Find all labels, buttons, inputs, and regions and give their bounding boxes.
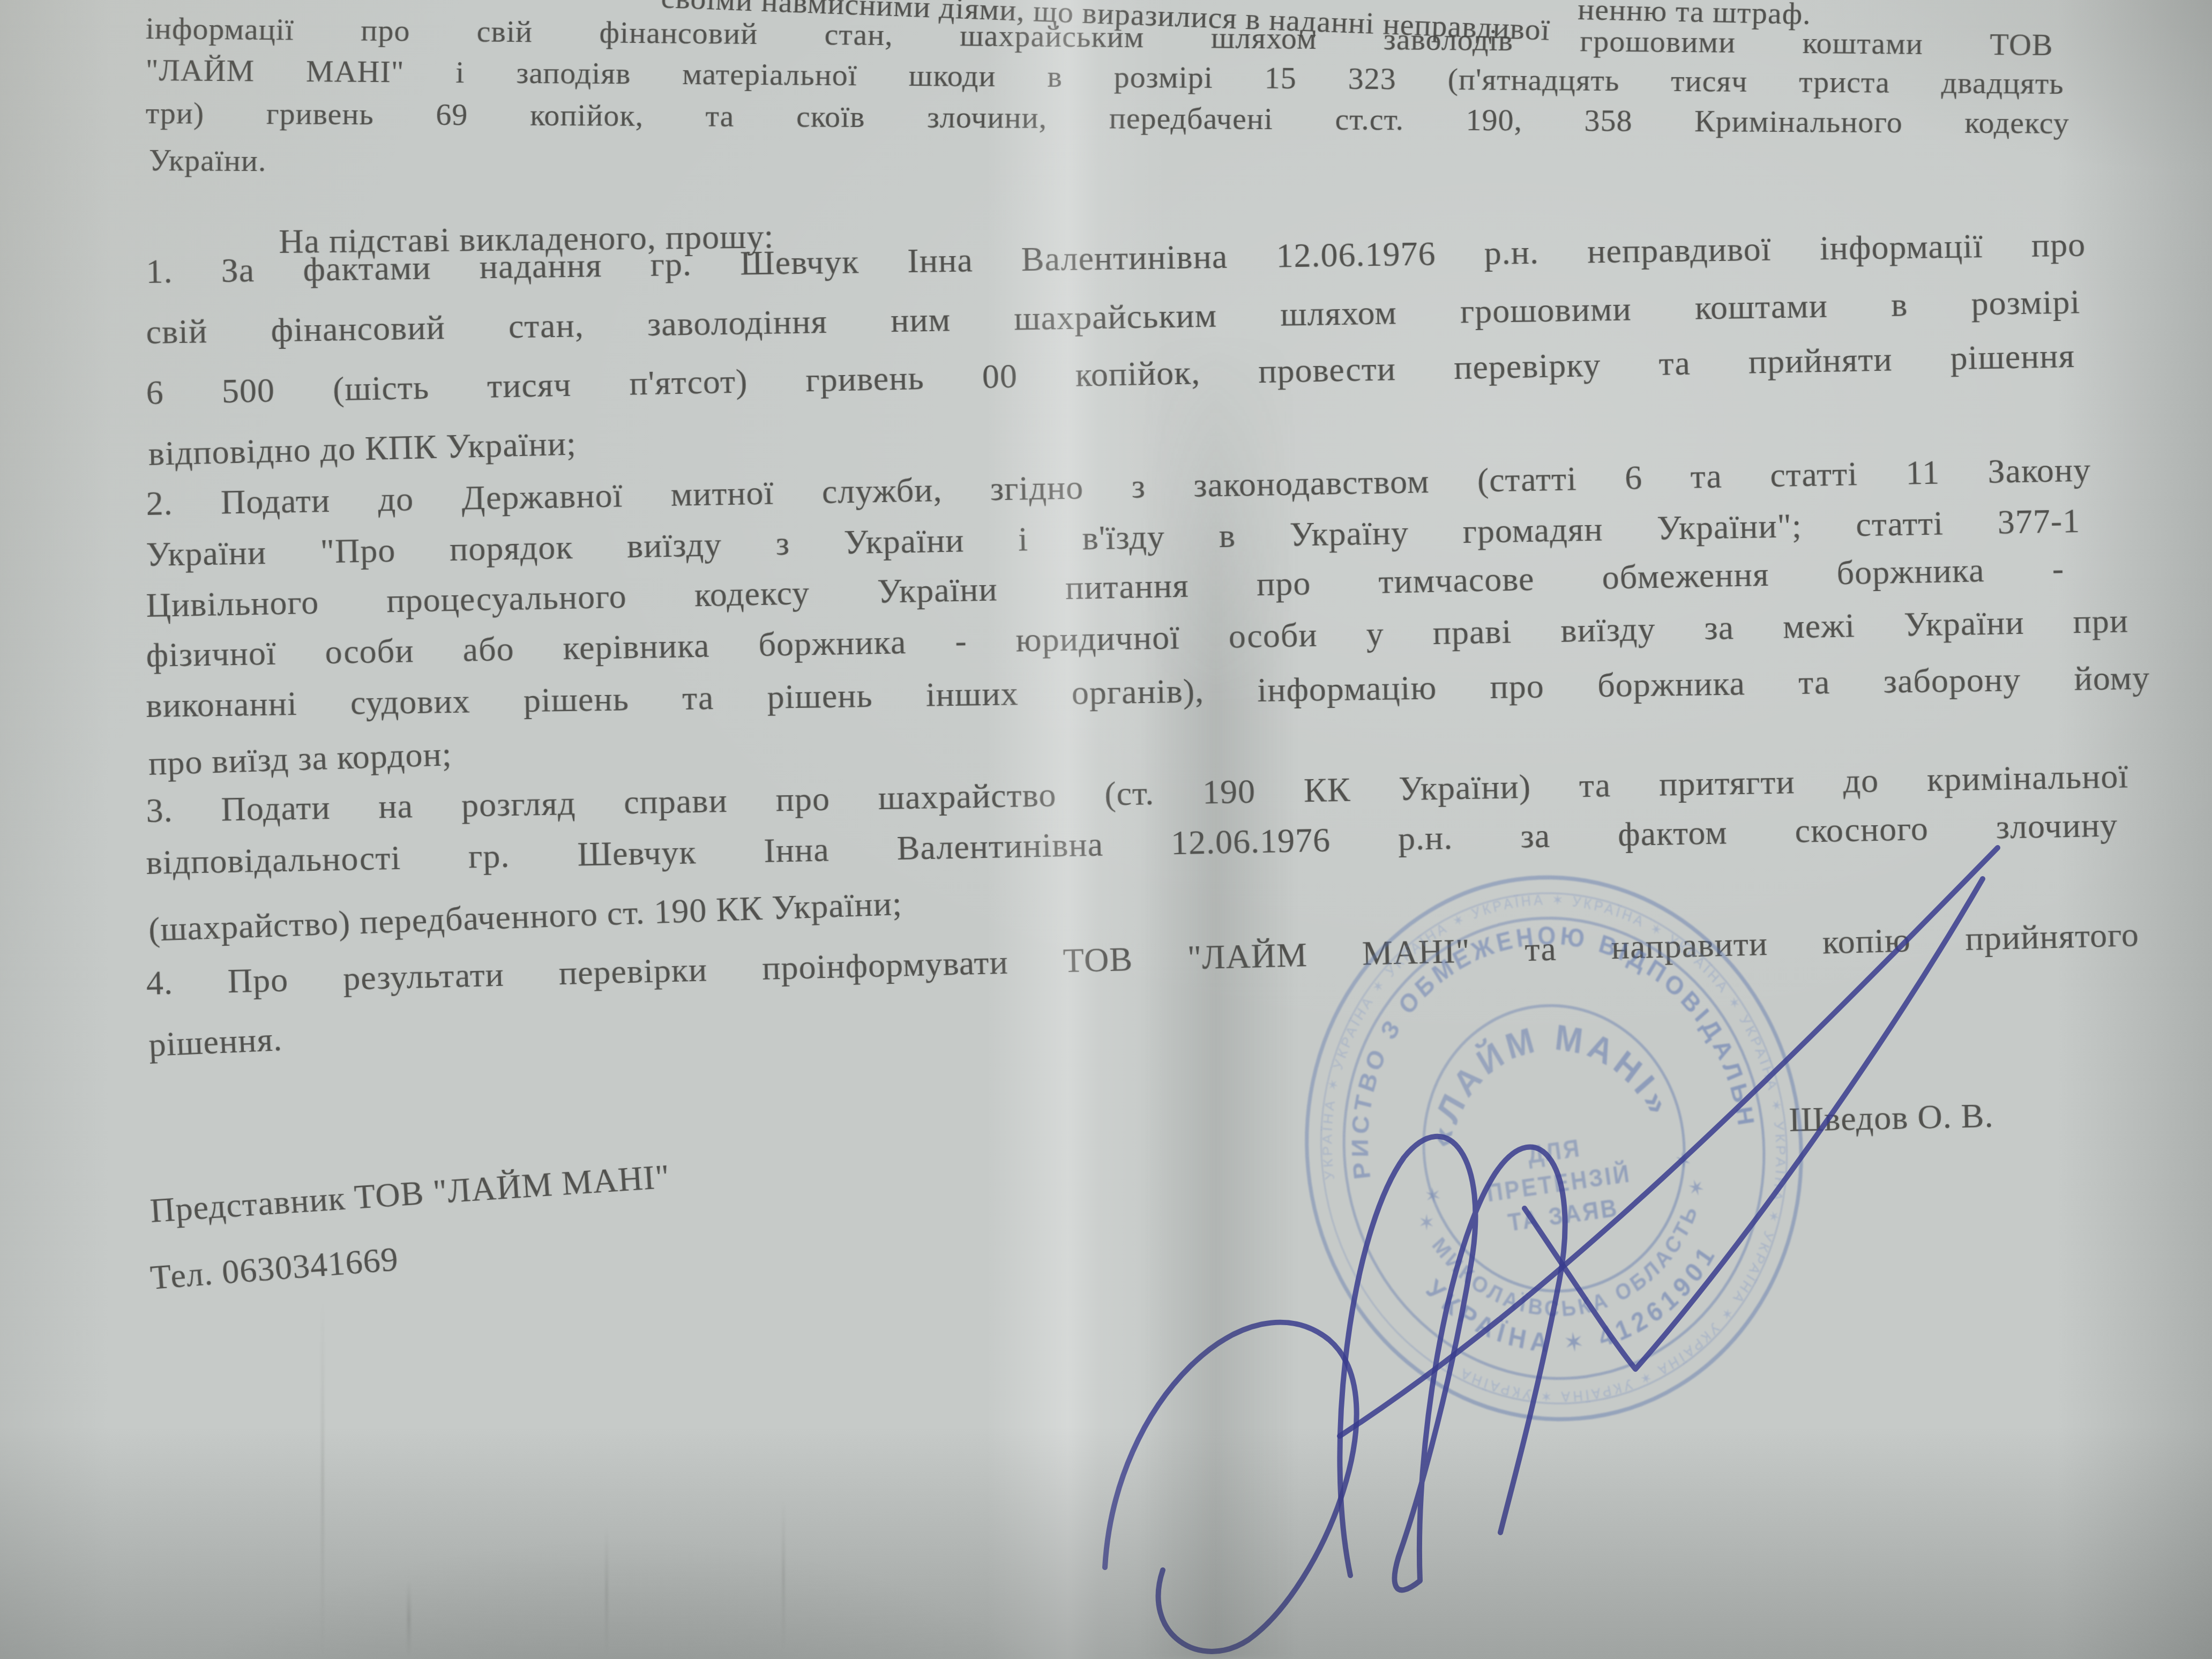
doc-line-21: рішення. <box>148 1020 283 1063</box>
doc-line-4: три) гривень 69 копійок, та скоїв злочин… <box>146 96 2069 140</box>
doc-line-10: відповідно до КПК України; <box>148 424 577 472</box>
stamp-company-name-arc: «ЛАЙМ МАНІ» <box>1408 1000 1681 1156</box>
document-photo: ненню та штраф. своїми навмисними діями,… <box>0 0 2212 1659</box>
doc-line-5: України. <box>149 144 267 178</box>
company-stamp: УКРАЇНА ✶ УКРАЇНА ✶ УКРАЇНА ✶ УКРАЇНА ✶ … <box>1251 823 1857 1474</box>
paper-crease-streak <box>606 1527 608 1656</box>
stamp-center-line1: ДЛЯ <box>1526 1134 1583 1169</box>
representative-line: Представник ТОВ "ЛАЙМ МАНІ" <box>149 1158 671 1229</box>
stamp-star-left: ✶ <box>1423 1183 1444 1209</box>
phone-line: Тел. 0630341669 <box>149 1240 400 1296</box>
doc-line-19: (шахрайство) передбаченного ст. 190 КК У… <box>148 885 903 948</box>
svg-text:«ЛАЙМ МАНІ»: «ЛАЙМ МАНІ» <box>1408 1000 1681 1156</box>
doc-line-16: про виїзд за кордон; <box>148 735 452 782</box>
stamp-star-right: ✶ <box>1673 1148 1693 1175</box>
paper-crease-streak <box>322 1302 324 1656</box>
doc-line-8: свій фінансовий стан, заволодіння ним ша… <box>146 283 2081 350</box>
paper-crease-streak <box>782 1500 784 1650</box>
paper-crease-streak <box>407 1581 410 1656</box>
doc-line-9: 6 500 (шість тисяч п'ятсот) гривень 00 к… <box>146 337 2075 411</box>
doc-line-3: "ЛАЙМ МАНІ" і заподіяв матеріальної шкод… <box>146 54 2064 101</box>
